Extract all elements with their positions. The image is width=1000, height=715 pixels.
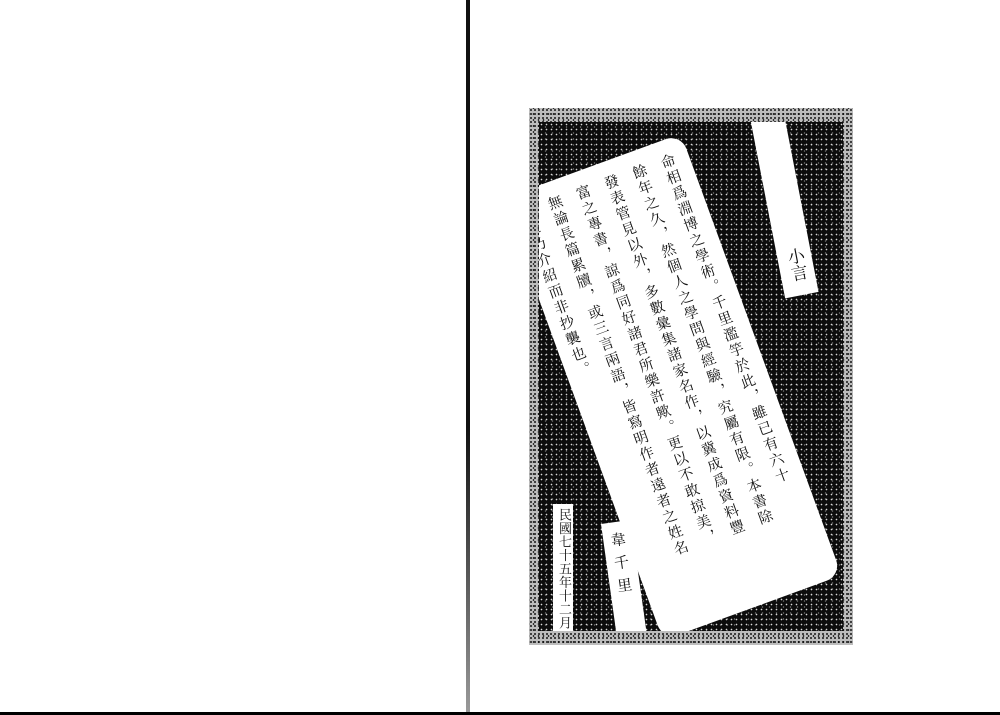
preface-frame: 小言 命相爲淵博之學術。千里濫竽於此，雖已有六十 餘年之久，然個人之學問與經驗，… xyxy=(529,108,853,645)
left-page-blank xyxy=(0,0,468,712)
title-strip: 小言 xyxy=(747,122,819,298)
stippled-background: 小言 命相爲淵博之學術。千里濫竽於此，雖已有六十 餘年之久，然個人之學問與經驗，… xyxy=(539,122,843,631)
preface-title: 小言 xyxy=(780,246,811,284)
date-strip: 民國七十五年十二月 xyxy=(553,504,573,631)
date-text: 民國七十五年十二月 xyxy=(554,508,572,631)
